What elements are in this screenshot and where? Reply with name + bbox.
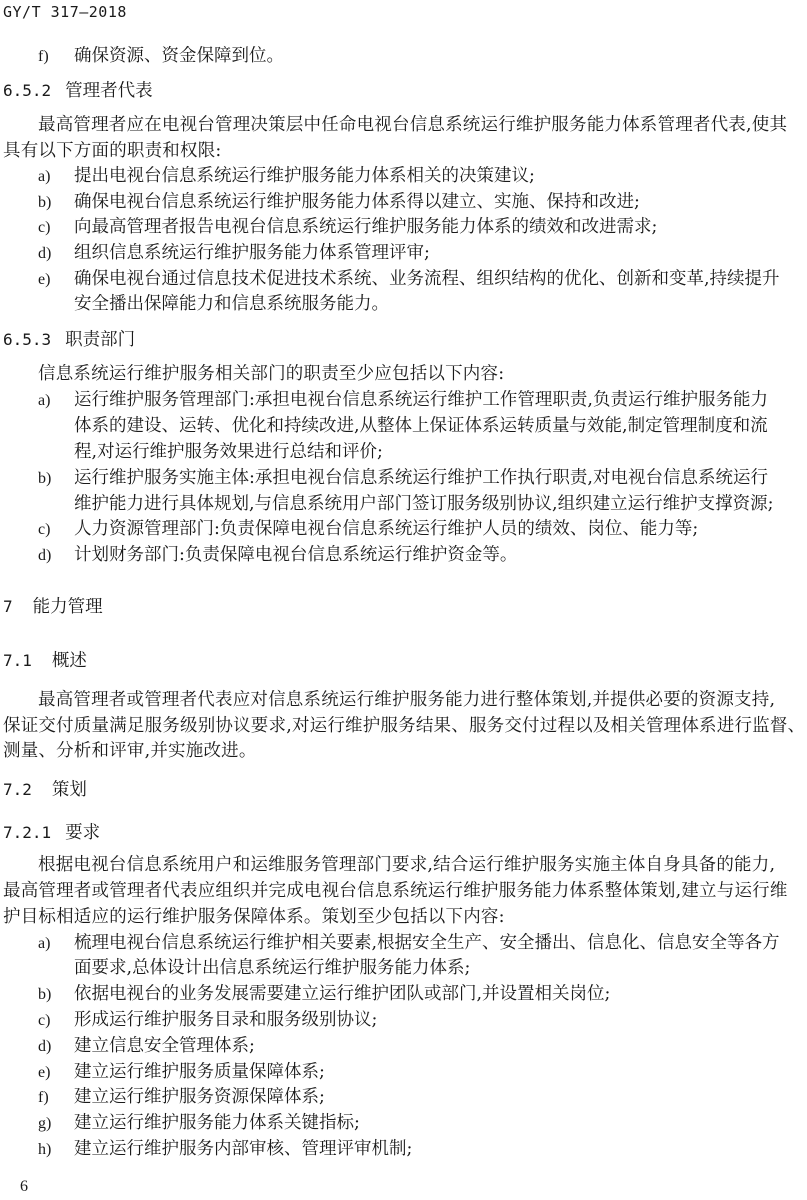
list-marker: a)	[38, 931, 74, 957]
list-item-text: 人力资源管理部门:负责保障电视台信息系统运行维护人员的绩效、岗位、能力等;	[74, 519, 698, 539]
paragraph-line: 保证交付质量满足服务级别协议要求,对运行维护服务结果、服务交付过程以及相关管理体…	[3, 714, 805, 740]
list-item-text: 确保资源、资金保障到位。	[74, 46, 284, 66]
list-item: d)建立信息安全管理体系;	[38, 1034, 255, 1060]
list-item-text: 建立运行维护服务质量保障体系;	[74, 1062, 325, 1082]
paragraph-line: 最高管理者或管理者代表应对信息系统运行维护服务能力进行整体策划,并提供必要的资源…	[38, 688, 775, 714]
section-number: 6.5.2	[3, 78, 51, 104]
list-item: b)确保电视台信息系统运行维护服务能力体系得以建立、实施、保持和改进;	[38, 190, 640, 216]
list-item: f)确保资源、资金保障到位。	[38, 44, 284, 70]
paragraph-line: 具有以下方面的职责和权限:	[3, 139, 222, 165]
standard-code-header: GY/T 317—2018	[3, 3, 127, 21]
list-item: a)提出电视台信息系统运行维护服务能力体系相关的决策建议;	[38, 164, 535, 190]
paragraph-line: 最高管理者或管理者代表应组织并完成电视台信息系统运行维护服务能力体系整体策划,建…	[3, 879, 788, 905]
list-item: e)确保电视台通过信息技术促进技术系统、业务流程、组织结构的优化、创新和变革,持…	[38, 267, 780, 293]
list-marker: d)	[38, 1034, 74, 1060]
list-item-text: 确保电视台信息系统运行维护服务能力体系得以建立、实施、保持和改进;	[74, 192, 640, 212]
list-item-text: 计划财务部门:负责保障电视台信息系统运行维护资金等。	[74, 545, 517, 565]
section-title: 要求	[65, 823, 100, 843]
list-marker: c)	[38, 1008, 74, 1034]
list-marker: e)	[38, 1060, 74, 1086]
list-marker: e)	[38, 267, 74, 293]
section-heading-7-2: 7.2策划	[3, 777, 87, 803]
paragraph-line: 测量、分析和评审,并实施改进。	[3, 739, 257, 765]
list-marker: c)	[38, 215, 74, 241]
section-number: 7	[3, 594, 13, 620]
list-item-continuation: 程,对运行维护服务效果进行总结和评价;	[74, 440, 383, 466]
list-item-text: 运行维护服务实施主体:承担电视台信息系统运行维护工作执行职责,对电视台信息系统运…	[74, 468, 768, 488]
paragraph-line: 最高管理者应在电视台管理决策层中任命电视台信息系统运行维护服务能力体系管理者代表…	[38, 113, 787, 139]
list-marker: b)	[38, 982, 74, 1008]
section-heading-7: 7能力管理	[3, 594, 103, 620]
section-heading-7-2-1: 7.2.1要求	[3, 820, 100, 846]
list-item-text: 建立运行维护服务内部审核、管理评审机制;	[74, 1139, 412, 1159]
list-item-text: 运行维护服务管理部门:承担电视台信息系统运行维护工作管理职责,负责运行维护服务能…	[74, 390, 768, 410]
list-marker: a)	[38, 164, 74, 190]
section-number: 7.1	[3, 648, 32, 674]
list-item-continuation: 安全播出保障能力和信息系统服务能力。	[74, 292, 389, 318]
section-title: 职责部门	[65, 330, 135, 350]
section-heading-7-1: 7.1概述	[3, 648, 87, 674]
list-item-text: 确保电视台通过信息技术促进技术系统、业务流程、组织结构的优化、创新和变革,持续提…	[74, 269, 780, 289]
list-item-text: 建立运行维护服务能力体系关键指标;	[74, 1113, 360, 1133]
list-marker: h)	[38, 1137, 74, 1163]
paragraph-line: 护目标相适应的运行维护服务保障体系。策划至少包括以下内容:	[3, 905, 505, 931]
list-item: f)建立运行维护服务资源保障体系;	[38, 1085, 325, 1111]
list-marker: f)	[38, 44, 74, 70]
list-item-text: 依据电视台的业务发展需要建立运行维护团队或部门,并设置相关岗位;	[74, 984, 610, 1004]
paragraph-line: 根据电视台信息系统用户和运维服务管理部门要求,结合运行维护服务实施主体自身具备的…	[38, 853, 775, 879]
section-number: 7.2	[3, 777, 32, 803]
list-item-text: 建立信息安全管理体系;	[74, 1036, 255, 1056]
section-heading-6-5-2: 6.5.2管理者代表	[3, 78, 153, 104]
list-item: b)运行维护服务实施主体:承担电视台信息系统运行维护工作执行职责,对电视台信息系…	[38, 466, 768, 492]
list-item: c)人力资源管理部门:负责保障电视台信息系统运行维护人员的绩效、岗位、能力等;	[38, 517, 698, 543]
list-item: c)形成运行维护服务目录和服务级别协议;	[38, 1008, 377, 1034]
list-item: a)梳理电视台信息系统运行维护相关要素,根据安全生产、安全播出、信息化、信息安全…	[38, 931, 780, 957]
list-item-continuation: 维护能力进行具体规划,与信息系统用户部门签订服务级别协议,组织建立运行维护支撑资…	[74, 492, 774, 518]
list-marker: g)	[38, 1111, 74, 1137]
list-marker: b)	[38, 190, 74, 216]
section-title: 能力管理	[33, 597, 103, 617]
section-number: 6.5.3	[3, 327, 51, 353]
list-item-text: 向最高管理者报告电视台信息系统运行维护服务能力体系的绩效和改进需求;	[74, 217, 657, 237]
list-marker: b)	[38, 466, 74, 492]
list-marker: d)	[38, 543, 74, 569]
list-item-text: 提出电视台信息系统运行维护服务能力体系相关的决策建议;	[74, 166, 535, 186]
list-item: h)建立运行维护服务内部审核、管理评审机制;	[38, 1137, 412, 1163]
list-item: b)依据电视台的业务发展需要建立运行维护团队或部门,并设置相关岗位;	[38, 982, 610, 1008]
list-item: d)计划财务部门:负责保障电视台信息系统运行维护资金等。	[38, 543, 517, 569]
list-item: g)建立运行维护服务能力体系关键指标;	[38, 1111, 360, 1137]
list-marker: a)	[38, 388, 74, 414]
section-title: 管理者代表	[65, 81, 153, 101]
document-page: GY/T 317—2018 f)确保资源、资金保障到位。 6.5.2管理者代表 …	[0, 0, 807, 1200]
list-item-text: 形成运行维护服务目录和服务级别协议;	[74, 1010, 377, 1030]
page-number: 6	[20, 1178, 28, 1196]
list-item: d)组织信息系统运行维护服务能力体系管理评审;	[38, 241, 430, 267]
section-title: 策划	[52, 780, 87, 800]
list-marker: c)	[38, 517, 74, 543]
list-marker: f)	[38, 1085, 74, 1111]
list-item-text: 组织信息系统运行维护服务能力体系管理评审;	[74, 243, 430, 263]
list-item-text: 梳理电视台信息系统运行维护相关要素,根据安全生产、安全播出、信息化、信息安全等各…	[74, 933, 780, 953]
section-title: 概述	[52, 651, 87, 671]
list-marker: d)	[38, 241, 74, 267]
list-item-continuation: 体系的建设、运转、优化和持续改进,从整体上保证体系运转质量与效能,制定管理制度和…	[74, 414, 768, 440]
section-number: 7.2.1	[3, 820, 51, 846]
list-item-text: 建立运行维护服务资源保障体系;	[74, 1087, 325, 1107]
section-heading-6-5-3: 6.5.3职责部门	[3, 327, 135, 353]
list-item: c)向最高管理者报告电视台信息系统运行维护服务能力体系的绩效和改进需求;	[38, 215, 657, 241]
list-item: a)运行维护服务管理部门:承担电视台信息系统运行维护工作管理职责,负责运行维护服…	[38, 388, 768, 414]
paragraph-line: 信息系统运行维护服务相关部门的职责至少应包括以下内容:	[38, 362, 504, 388]
list-item: e)建立运行维护服务质量保障体系;	[38, 1060, 325, 1086]
list-item-continuation: 面要求,总体设计出信息系统运行维护服务能力体系;	[74, 956, 470, 982]
